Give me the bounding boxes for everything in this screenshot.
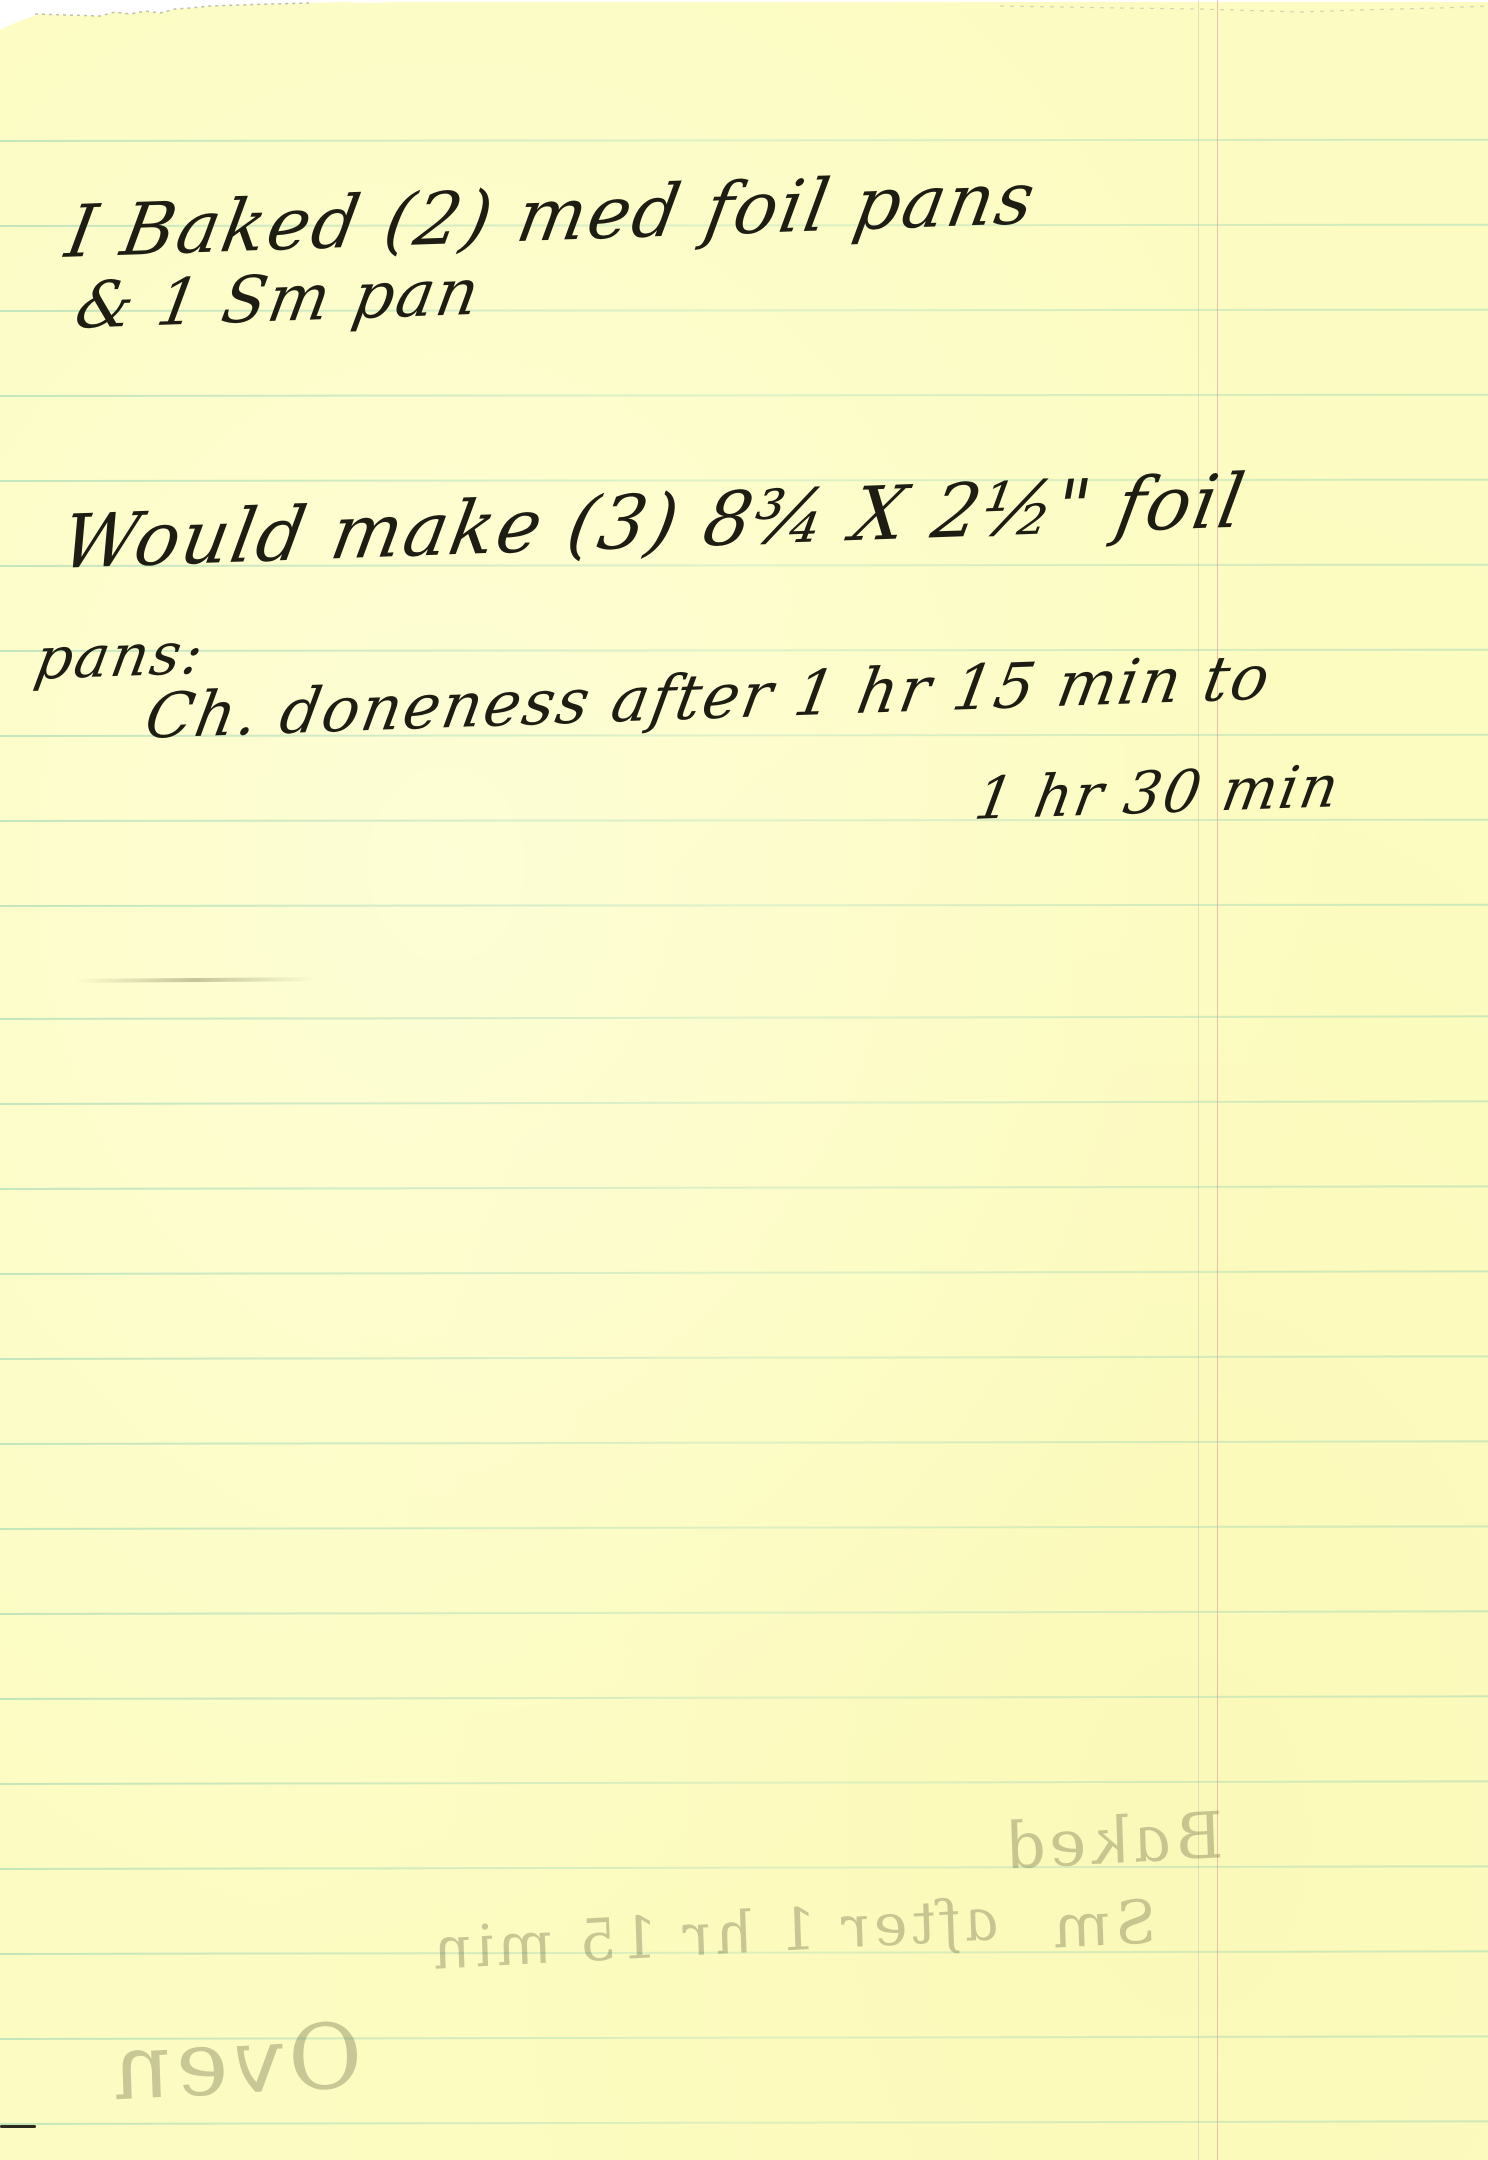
rule-line (0, 1780, 1488, 1785)
note-line-1: I Baked (2) med foil pans (60, 156, 1043, 274)
note-line-3: Would make (3) 8¾ X 2½" foil (55, 458, 1252, 586)
rule-line (0, 1015, 1488, 1020)
bleed-through-text-3: after 1 hr 15 min (425, 1885, 1005, 1983)
bleed-through-text-4: Oven (102, 2003, 370, 2122)
note-line-6: 1 hr 30 min (970, 752, 1346, 833)
pencil-smudge (75, 977, 315, 983)
rule-line (0, 1525, 1488, 1530)
ink-dash-mark (0, 2125, 36, 2128)
rule-line (0, 1355, 1488, 1360)
rule-line (0, 1440, 1488, 1445)
torn-top-edge (0, 0, 1488, 40)
legal-pad-page: I Baked (2) med foil pans & 1 Sm pan Wou… (0, 0, 1488, 2160)
rule-line (0, 904, 1488, 907)
bleed-through-text-2: Sm (1044, 1887, 1161, 1963)
rule-line (0, 1695, 1488, 1700)
rule-line (0, 1865, 1488, 1870)
bleed-through-text-1: Baked (994, 1799, 1228, 1885)
rule-line (0, 2120, 1488, 2125)
note-line-2: & 1 Sm pan (70, 255, 486, 344)
rule-line (0, 394, 1488, 397)
rule-line (0, 1100, 1488, 1105)
rule-line (0, 139, 1488, 142)
rule-line (0, 1185, 1488, 1190)
rule-line (0, 1270, 1488, 1275)
rule-line (0, 1610, 1488, 1615)
